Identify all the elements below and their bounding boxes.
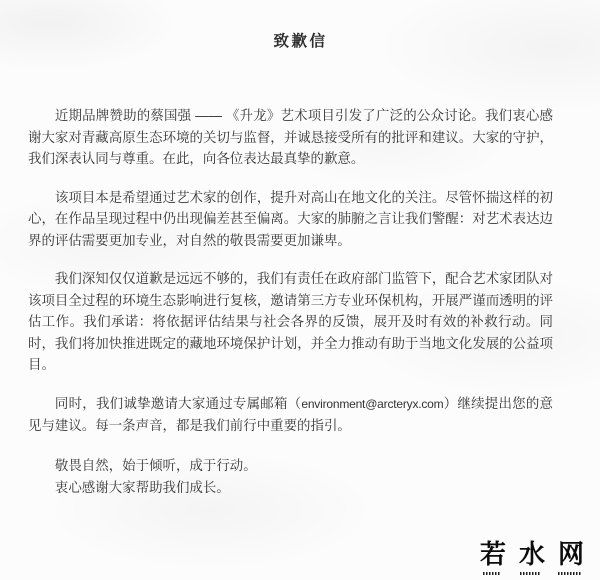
- letter-title: 致歉信: [38, 32, 563, 52]
- letter-paragraph-1: 近期品牌赞助的蔡国强 —— 《升龙》艺术项目引发了广泛的公众讨论。我们衷心感谢大…: [28, 105, 553, 170]
- watermark-text: 若水网: [480, 540, 600, 568]
- letter-paragraph-2: 该项目本是希望通过艺术家的创作，提升对高山在地文化的关注。尽管怀揣这样的初心，在…: [28, 187, 553, 252]
- closing-line-1: 敬畏自然，始于倾听，成于行动。: [28, 455, 553, 477]
- letter-paragraph-3: 我们深知仅仅道歉是远远不够的，我们有责任在政府部门监管下，配合艺术家团队对该项目…: [28, 268, 553, 376]
- watermark-subtext-strip: [520, 572, 540, 575]
- watermark-subtext-strip: [558, 572, 582, 575]
- watermark-logo: 若水网: [480, 540, 600, 580]
- watermark-subtext-strip: [483, 572, 501, 575]
- apology-letter: 致歉信 近期品牌赞助的蔡国强 —— 《升龙》艺术项目引发了广泛的公众讨论。我们衷…: [0, 0, 600, 580]
- closing-line-2: 衷心感谢大家帮助我们成长。: [28, 477, 553, 499]
- invite-text-before: 同时，我们诚挚邀请大家通过专属邮箱（: [55, 396, 301, 411]
- letter-paragraph-4: 同时，我们诚挚邀请大家通过专属邮箱（environment@arcteryx.c…: [28, 393, 553, 437]
- email-address: environment@arcteryx.com: [301, 397, 443, 411]
- page-background: { "letter": { "title": "致歉信", "paragraph…: [0, 0, 600, 580]
- closing-block: 敬畏自然，始于倾听，成于行动。 衷心感谢大家帮助我们成长。: [28, 455, 553, 499]
